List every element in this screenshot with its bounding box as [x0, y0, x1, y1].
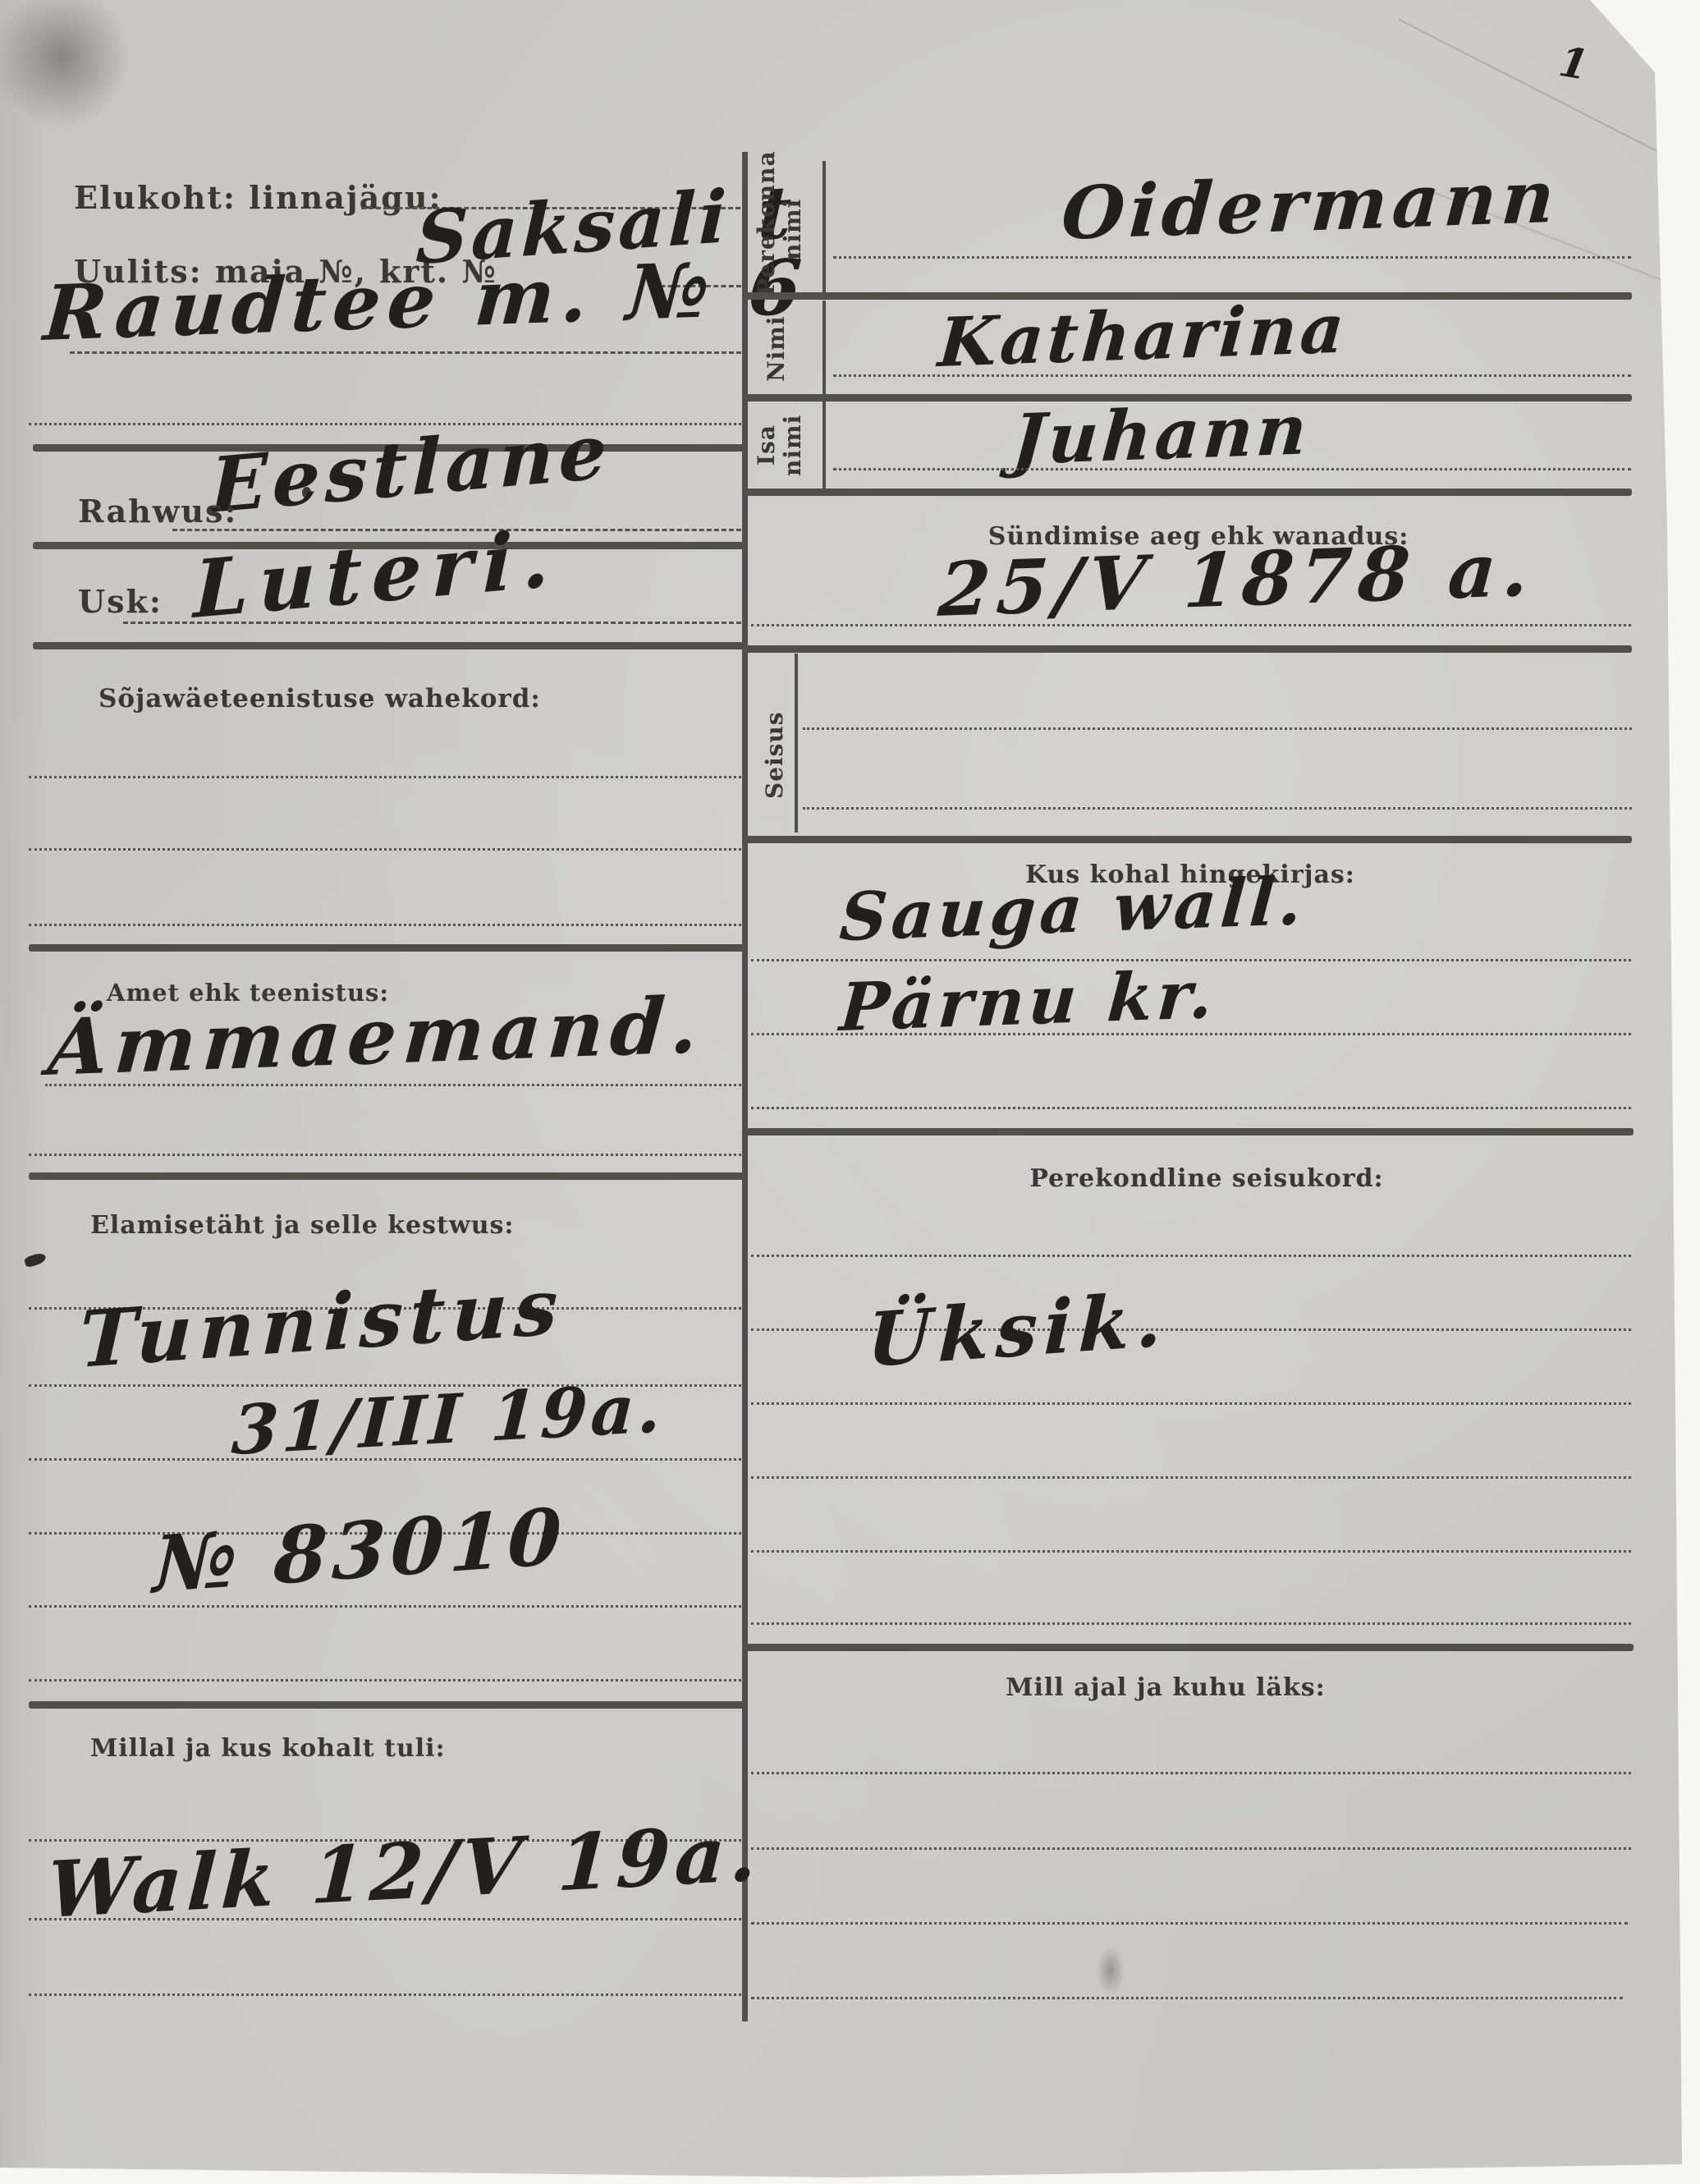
perekondline-value: Üksik. — [866, 1276, 1170, 1384]
perekondline-label: Perekondline seisukord: — [985, 1164, 1428, 1193]
perekonna-nimi-label-line2: nimi — [780, 163, 806, 296]
elamisetaht-value-1: Tunnistus — [78, 1261, 566, 1386]
dotted-line — [751, 624, 1631, 626]
dotted-line — [29, 1605, 741, 1608]
dotted-line — [751, 1107, 1631, 1109]
dotted-line — [751, 1255, 1631, 1257]
thick-rule — [742, 1644, 1634, 1651]
perekonna-nimi-label: Perekonna nimi — [754, 163, 806, 296]
dotted-line — [751, 1922, 1628, 1925]
isa-nimi-label: Isa nimi — [754, 402, 806, 488]
dotted-line — [751, 1476, 1631, 1479]
dotted-line — [45, 1084, 741, 1086]
usk-label: Usk: — [78, 583, 163, 620]
thick-rule — [29, 1701, 747, 1709]
label-divider — [795, 654, 798, 833]
elamisetaht-label: Elamisetäht ja selle kestwus: — [90, 1211, 468, 1240]
thick-rule — [29, 944, 745, 952]
perekonna-nimi-label-line1: Perekonna — [754, 163, 780, 296]
rahwus-label: Rahwus: — [78, 493, 237, 530]
dotted-line — [751, 1772, 1631, 1774]
dotted-line — [803, 727, 1632, 730]
fill-line — [123, 622, 741, 624]
laks-label: Mill ajal ja kuhu läks: — [969, 1673, 1363, 1702]
thick-rule — [742, 836, 1632, 843]
thick-rule — [742, 489, 1632, 496]
sojawaeteenistus-label: Sõjawäeteenistuse wahekord: — [99, 684, 460, 713]
dotted-line — [29, 924, 741, 926]
dotted-line — [833, 468, 1631, 470]
dotted-line — [803, 807, 1632, 810]
dotted-line — [751, 1550, 1631, 1553]
tuli-label: Millal ja kus kohalt tuli: — [90, 1734, 386, 1763]
nimi-label: Nimi — [763, 305, 790, 392]
label-divider — [823, 301, 826, 394]
thick-rule — [742, 645, 1632, 653]
dotted-line — [751, 1622, 1631, 1625]
label-divider — [823, 161, 826, 294]
dotted-line — [29, 1918, 741, 1920]
dotted-line — [833, 256, 1631, 259]
hingekirjas-value-1: Sauga wall. — [837, 862, 1308, 956]
dotted-line — [29, 1154, 741, 1156]
seisus-label-text: Seisus — [762, 690, 788, 821]
dotted-line — [29, 1679, 741, 1682]
dotted-line — [751, 1847, 1631, 1850]
corner-stain — [0, 0, 156, 156]
fill-line — [70, 351, 741, 354]
ink-mark — [24, 1251, 48, 1268]
dotted-line — [751, 1997, 1623, 1999]
dotted-line — [29, 423, 741, 425]
dotted-line — [29, 776, 741, 778]
isa-nimi-label-line1: Isa — [754, 402, 780, 488]
elukoht-label: Elukoht: linnajägu: — [74, 179, 442, 216]
tuli-value: Walk 12/V 19a. — [45, 1808, 764, 1936]
dotted-line — [751, 1402, 1631, 1405]
elamisetaht-value-3: № 83010 — [152, 1491, 568, 1611]
perekonna-nimi-value: Oidermann — [1059, 154, 1562, 256]
nimi-label-text: Nimi — [763, 305, 790, 392]
dotted-line — [833, 374, 1631, 377]
isa-nimi-label-line2: nimi — [780, 402, 806, 488]
seisus-label: Seisus — [762, 690, 788, 821]
nimi-value: Katharina — [936, 289, 1350, 383]
page-number: 1 — [1556, 37, 1592, 89]
thick-rule — [29, 1172, 745, 1180]
column-divider — [742, 152, 748, 2021]
dotted-line — [751, 1033, 1631, 1035]
thick-rule — [33, 642, 744, 649]
thick-rule — [742, 1128, 1634, 1136]
dotted-line — [29, 1458, 741, 1461]
dotted-line — [29, 848, 741, 851]
smudge — [1092, 1938, 1130, 2003]
dotted-line — [29, 1994, 741, 1996]
registration-card-page: 1 Elukoht: linnajägu: Uulits: maja №, kr… — [0, 0, 1700, 2184]
label-divider — [823, 399, 826, 489]
isa-nimi-value: Juhann — [1010, 388, 1313, 480]
